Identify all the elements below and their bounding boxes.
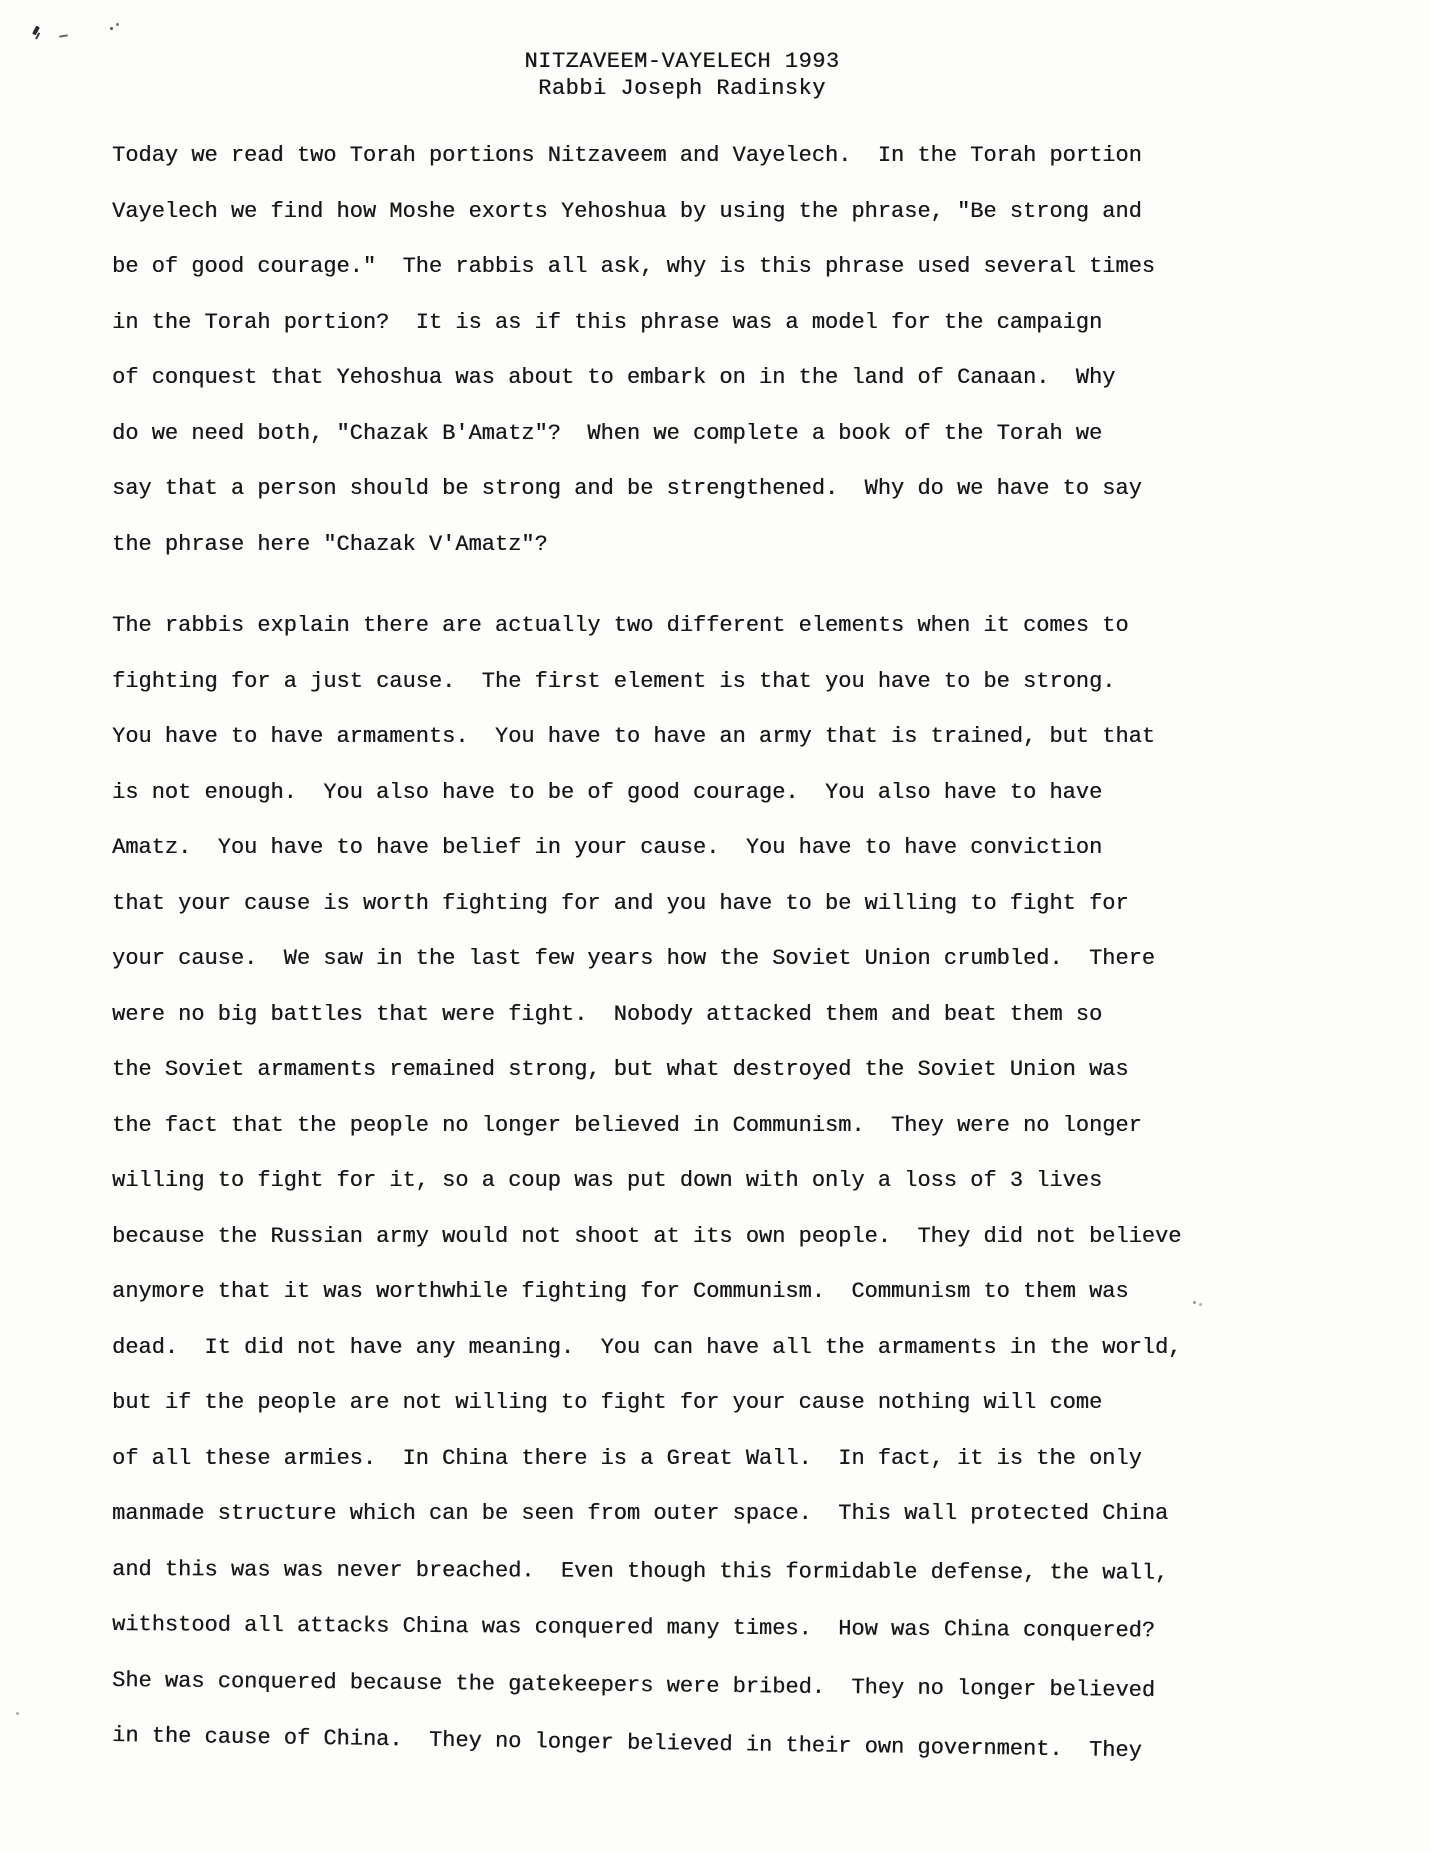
text-line: withstood all attacks China was conquere… xyxy=(112,1597,1390,1660)
text-line: your cause. We saw in the last few years… xyxy=(112,931,1390,987)
text-line: but if the people are not willing to fig… xyxy=(112,1375,1390,1431)
text-line: You have to have armaments. You have to … xyxy=(112,709,1390,765)
text-line: Amatz. You have to have belief in your c… xyxy=(112,820,1390,876)
paragraph: The rabbis explain there are actually tw… xyxy=(112,598,1390,1764)
text-line: willing to fight for it, so a coup was p… xyxy=(112,1153,1390,1209)
text-line: of all these armies. In China there is a… xyxy=(112,1431,1390,1487)
text-line: were no big battles that were fight. Nob… xyxy=(112,987,1390,1043)
document-page: NITZAVEEM-VAYELECH 1993 Rabbi Joseph Rad… xyxy=(0,0,1430,1851)
text-line: Today we read two Torah portions Nitzave… xyxy=(112,128,1390,184)
text-line: is not enough. You also have to be of go… xyxy=(112,765,1390,821)
text-line: manmade structure which can be seen from… xyxy=(112,1486,1390,1542)
text-line: say that a person should be strong and b… xyxy=(112,461,1390,517)
text-line: because the Russian army would not shoot… xyxy=(112,1209,1390,1265)
scan-artifact xyxy=(16,1712,19,1715)
text-line: fighting for a just cause. The first ele… xyxy=(112,654,1390,710)
text-line: in the cause of China. They no longer be… xyxy=(112,1708,1391,1782)
paragraph: Today we read two Torah portions Nitzave… xyxy=(112,128,1390,572)
text-line: dead. It did not have any meaning. You c… xyxy=(112,1320,1390,1376)
text-line: of conquest that Yehoshua was about to e… xyxy=(112,350,1390,406)
text-line: do we need both, "Chazak B'Amatz"? When … xyxy=(112,406,1390,462)
text-line: Vayelech we find how Moshe exorts Yehosh… xyxy=(112,184,1390,240)
document-header: NITZAVEEM-VAYELECH 1993 Rabbi Joseph Rad… xyxy=(0,0,1397,102)
scan-artifact xyxy=(1193,1301,1196,1304)
text-line: be of good courage." The rabbis all ask,… xyxy=(112,239,1390,295)
text-line: the fact that the people no longer belie… xyxy=(112,1098,1390,1154)
document-author: Rabbi Joseph Radinsky xyxy=(0,75,1397,102)
text-line: The rabbis explain there are actually tw… xyxy=(112,598,1390,654)
text-line: and this was was never breached. Even th… xyxy=(112,1542,1390,1602)
text-line: in the Torah portion? It is as if this p… xyxy=(112,295,1390,351)
text-line: that your cause is worth fighting for an… xyxy=(112,876,1390,932)
document-title: NITZAVEEM-VAYELECH 1993 xyxy=(0,48,1397,75)
text-line: the phrase here "Chazak V'Amatz"? xyxy=(112,517,1390,573)
text-line: anymore that it was worthwhile fighting … xyxy=(112,1264,1390,1320)
document-body: Today we read two Torah portions Nitzave… xyxy=(0,128,1430,1764)
text-line: the Soviet armaments remained strong, bu… xyxy=(112,1042,1390,1098)
